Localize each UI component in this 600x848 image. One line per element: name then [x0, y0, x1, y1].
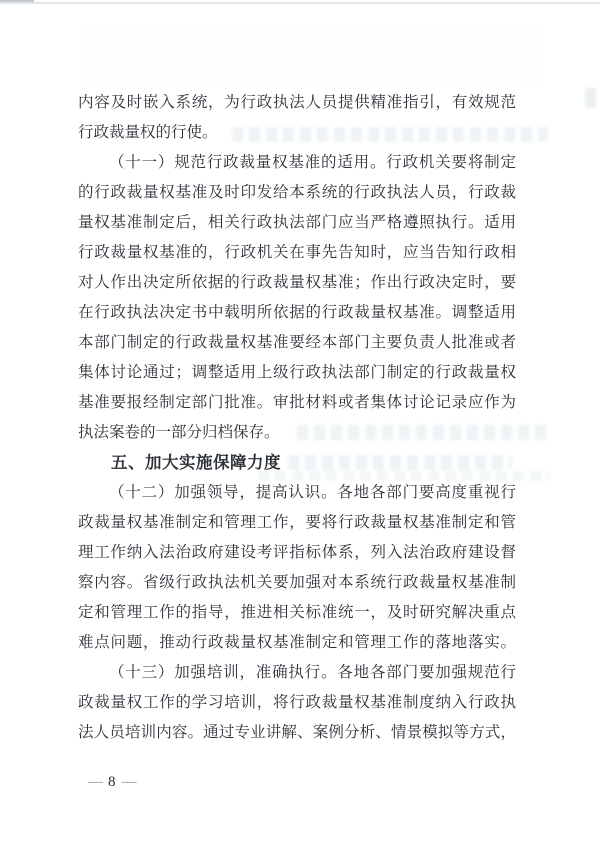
- text-line: 在行政执法决定书中载明所依据的行政裁量权基准。调整适用: [78, 298, 516, 328]
- text-line: 的行政裁量权基准及时印发给本系统的行政执法人员，行政裁: [78, 178, 516, 208]
- text-line: 定和管理工作的指导，推进相关标准统一，及时研究解决重点: [78, 598, 516, 628]
- text-line: （十二）加强领导，提高认识。各地各部门要高度重视行: [78, 478, 516, 508]
- text-line: 集体讨论通过；调整适用上级行政执法部门制定的行政裁量权: [78, 358, 516, 388]
- scanned-document-page: 内容及时嵌入系统，为行政执法人员提供精准指引，有效规范行政裁量权的行使。（十一）…: [0, 0, 600, 848]
- text-line: 行政裁量权的行使。: [78, 118, 516, 148]
- text-line: 政裁量权工作的学习培训，将行政裁量权基准制度纳入行政执: [78, 688, 516, 718]
- scan-edge-line: [0, 2, 600, 4]
- text-line: 量权基准制定后，相关行政执法部门应当严格遵照执行。适用: [78, 208, 516, 238]
- text-line: 行政裁量权基准的，行政机关在事先告知时，应当告知行政相: [78, 238, 516, 268]
- bleed-through-ghost: [585, 88, 600, 108]
- text-line: 察内容。省级行政执法机关要加强对本系统行政裁量权基准制: [78, 568, 516, 598]
- text-line: 难点问题，推动行政裁量权基准制定和管理工作的落地落实。: [78, 628, 516, 658]
- text-line: （十一）规范行政裁量权基准的适用。行政机关要将制定: [78, 148, 516, 178]
- text-line: 执法案卷的一部分归档保存。: [78, 418, 516, 448]
- text-line: 对人作出决定所依据的行政裁量权基准；作出行政决定时，要: [78, 268, 516, 298]
- text-line: 政裁量权基准制定和管理工作，要将行政裁量权基准制定和管: [78, 508, 516, 538]
- page-number-value: 8: [106, 770, 118, 794]
- page-number-dash-right: —: [122, 770, 136, 794]
- text-line: 理工作纳入法治政府建设考评指标体系，列入法治政府建设督: [78, 538, 516, 568]
- text-line: 基准要报经制定部门批准。审批材料或者集体讨论记录应作为: [78, 388, 516, 418]
- text-line: （十三）加强培训，准确执行。各地各部门要加强规范行: [78, 658, 516, 688]
- text-line: 法人员培训内容。通过专业讲解、案例分析、情景模拟等方式，: [78, 718, 516, 748]
- text-line: 本部门制定的行政裁量权基准要经本部门主要负责人批准或者: [78, 328, 516, 358]
- scan-noise-speckle: [80, 28, 550, 84]
- document-text-block: 内容及时嵌入系统，为行政执法人员提供精准指引，有效规范行政裁量权的行使。（十一）…: [78, 88, 516, 748]
- page-number: — 8 —: [88, 770, 136, 794]
- page-number-dash-left: —: [88, 770, 102, 794]
- section-heading: 五、加大实施保障力度: [78, 448, 516, 478]
- text-line: 内容及时嵌入系统，为行政执法人员提供精准指引，有效规范: [78, 88, 516, 118]
